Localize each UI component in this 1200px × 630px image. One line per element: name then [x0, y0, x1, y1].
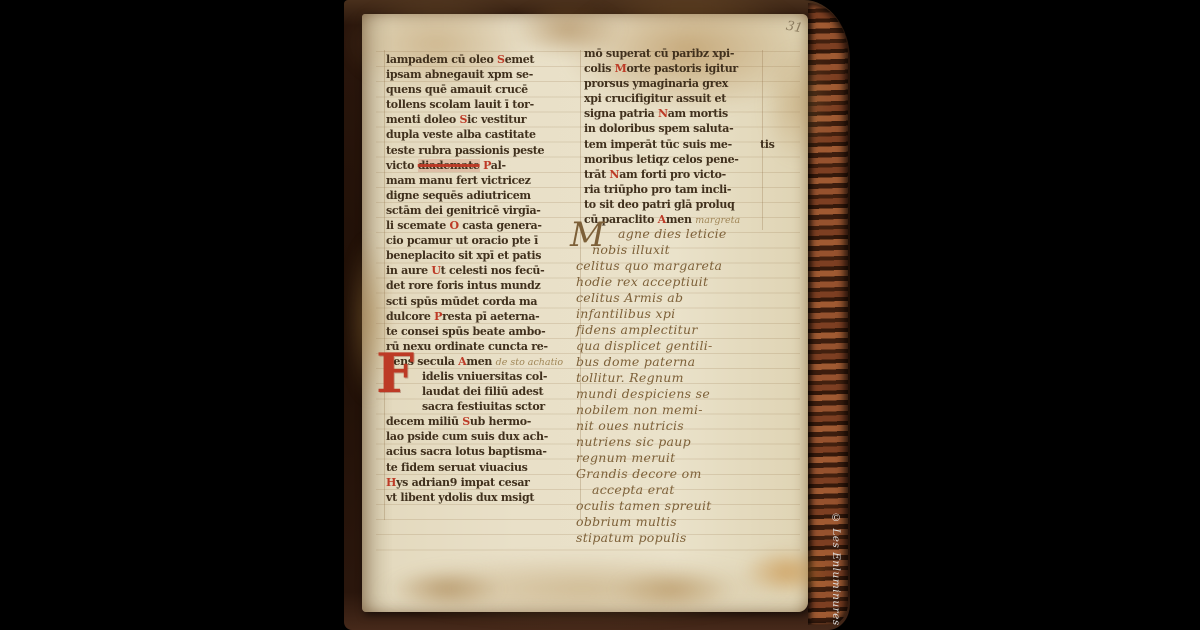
book-fore-edge: [808, 3, 848, 625]
parchment-page: 31 lampadem cū oleo Semetipsam abnegauit…: [362, 14, 808, 612]
text-line: digne sequēs adiutricem: [386, 188, 592, 203]
text-line: mō superat cū paribz xpi-: [584, 46, 766, 61]
text-line: det rore foris intus mundz: [386, 278, 592, 293]
text-line: regnum meruit: [576, 450, 786, 466]
text-line: dupla veste alba castitate: [386, 127, 592, 142]
text-line: cio pcamur ut oracio pte ī: [386, 233, 592, 248]
text-line: laudat dei filiū adest: [386, 384, 592, 399]
text-line: idelis vniuersitas col-: [386, 369, 592, 384]
folio-number: 31: [785, 19, 804, 37]
text-line: oculis tamen spreuit: [576, 498, 786, 514]
text-line: tollitur. Regnum: [576, 370, 786, 386]
text-line: acius sacra lotus baptisma-: [386, 444, 592, 459]
left-text-column-gothic: lampadem cū oleo Semetipsam abnegauit xp…: [386, 52, 592, 505]
right-text-column-gothic: mō superat cū paribz xpi-colis Morte pas…: [584, 46, 766, 227]
parchment-stain: [372, 554, 792, 624]
text-line: Hys adrian9 impat cesar: [386, 475, 592, 490]
text-line: mam manu fert victricez: [386, 173, 592, 188]
text-line: signa patria Nam mortis: [584, 106, 766, 121]
text-line: celitus Armis ab: [576, 290, 786, 306]
text-line: to sit deo patri glā proluq: [584, 197, 766, 212]
text-line: mundi despiciens se: [576, 386, 786, 402]
text-line: celitus quo margareta: [576, 258, 786, 274]
photo-canvas: 31 lampadem cū oleo Semetipsam abnegauit…: [0, 0, 1200, 630]
text-line: decem miliū Sub hermo-: [386, 414, 592, 429]
text-line: stipatum populis: [576, 530, 786, 546]
text-line: nobis illuxit: [576, 242, 786, 258]
text-line: quens quē amauit crucē: [386, 82, 592, 97]
text-line: te fidem seruat viuacius: [386, 460, 592, 475]
text-line: vt libent ydolis dux msigt: [386, 490, 592, 505]
manuscript-photo: 31 lampadem cū oleo Semetipsam abnegauit…: [344, 0, 850, 630]
text-line: nobilem non memi-: [576, 402, 786, 418]
margin-note-tis: tis: [760, 138, 775, 151]
parchment-stain: [392, 569, 502, 609]
text-line: dulcore Presta pī aeterna-: [386, 309, 592, 324]
text-line: infantilibus xpi: [576, 306, 786, 322]
text-line: ria triūpho pro tam incli-: [584, 182, 766, 197]
text-line: gens secula Amen de sto achatio: [386, 354, 592, 369]
text-line: obbrium multis: [576, 514, 786, 530]
text-line: bus dome paterna: [576, 354, 786, 370]
text-line: xpi crucifigitur assuit et: [584, 91, 766, 106]
text-line: rū nexu ordinate cuncta re-: [386, 339, 592, 354]
text-line: tollens scolam lauit ī tor-: [386, 97, 592, 112]
text-line: prorsus ymaginaria grex: [584, 76, 766, 91]
text-line: nutriens sic paup: [576, 434, 786, 450]
text-line: te consei spūs beate ambo-: [386, 324, 592, 339]
text-line: beneplacito sit xpī et patis: [386, 248, 592, 263]
text-line: Grandis decore om: [576, 466, 786, 482]
text-line: scti spūs mūdet corda ma: [386, 294, 592, 309]
text-line: lao pside cum suis dux ach-: [386, 429, 592, 444]
illuminated-initial-F: F: [376, 348, 414, 398]
text-line: sacra festiuitas sctor: [386, 399, 592, 414]
text-line: in aure Ut celesti nos fecū-: [386, 263, 592, 278]
ruling-vertical-line: [384, 50, 385, 520]
text-line: sctām dei genitricē virgīa-: [386, 203, 592, 218]
text-line: hodie rex acceptiuit: [576, 274, 786, 290]
text-line: tem imperāt tūc suis me-: [584, 137, 766, 152]
text-line: menti doleo Sic vestitur: [386, 112, 592, 127]
text-line: victo diademate Pal-: [386, 158, 592, 173]
watermark-credit: © Les Enluminures: [830, 512, 842, 630]
text-line: nit oues nutricis: [576, 418, 786, 434]
text-line: in doloribus spem saluta-: [584, 121, 766, 136]
text-line: qua displicet gentili-: [576, 338, 786, 354]
text-line: teste rubra passionis peste: [386, 143, 592, 158]
text-line: accepta erat: [576, 482, 786, 498]
text-line: trāt Nam forti pro victo-: [584, 167, 766, 182]
text-line: ipsam abnegauit xpm se-: [386, 67, 592, 82]
text-line: agne dies leticie: [576, 226, 786, 242]
text-line: fidens amplectitur: [576, 322, 786, 338]
cursive-initial-M: M: [570, 218, 605, 252]
text-line: li scemate O casta genera-: [386, 218, 592, 233]
text-line: moribus letiqz celos pene-: [584, 152, 766, 167]
text-line: cū paraclito Amen margreta: [584, 212, 766, 227]
text-line: lampadem cū oleo Semet: [386, 52, 592, 67]
text-line: colis Morte pastoris igitur: [584, 61, 766, 76]
right-text-column-cursive: agne dies leticienobis illuxitcelitus qu…: [576, 226, 786, 546]
parchment-stain: [612, 569, 732, 611]
